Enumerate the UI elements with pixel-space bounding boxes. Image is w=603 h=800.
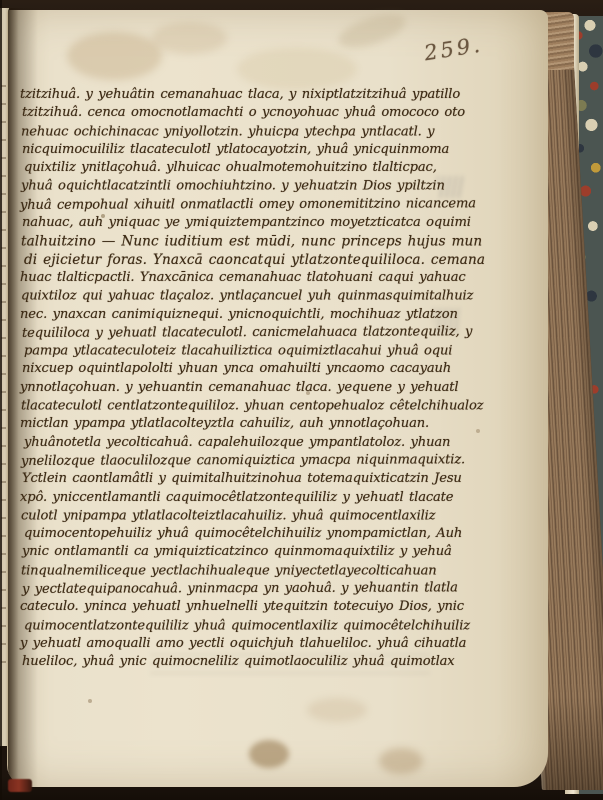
manuscript-line: mictlan ypampa ytlatlacolteyztla cahuili…	[20, 415, 506, 433]
manuscript-line: tzitzihuâ. cenca omocnotlamachti o ycnoy…	[22, 104, 506, 122]
manuscript-line: xpô. yniccentlamantli caquimocêtlatzonte…	[20, 489, 506, 507]
manuscript-line: tequililoca y yehuatl tlacateculotl. can…	[22, 323, 506, 343]
stain	[249, 740, 289, 768]
manuscript-line: ynnotlaçohuan. y yehuantin cemanahuac tl…	[20, 379, 506, 397]
manuscript-line: nehuac ochichinacac yniyollotzin. yhuicp…	[21, 123, 506, 141]
manuscript-line: tlacateculotl centlatzontequililoz. yhua…	[21, 397, 506, 415]
manuscript-line: di ejicietur foras. Ynaxcā caoncatqui yt…	[24, 251, 506, 269]
manuscript-line: yhuâ cempohual xihuitl onmatlactli omey …	[20, 195, 506, 215]
stain	[379, 748, 423, 774]
stain	[152, 22, 227, 54]
manuscript-line: quimocentlatzontequililiz yhuâ quimocent…	[24, 617, 506, 635]
manuscript-line: huac tlalticpactli. Ynaxcānica cemanahua…	[20, 269, 506, 287]
manuscript-line: ynic ontlamantli ca ymiquizticatzinco qu…	[22, 543, 506, 561]
manuscript-line: yhuâ oquichtlacatzintli omochiuhtzino. y…	[21, 178, 506, 196]
manuscript-line: pampa ytlacateculoteiz tlacahuiliztica o…	[24, 342, 506, 360]
manuscript-line: nahuac, auh yniquac ye ymiquiztempantzin…	[22, 214, 506, 232]
manuscript-line: Yctlein caontlamâtli y quimitalhuitzinoh…	[22, 470, 506, 488]
manuscript-line: nicquimocuililiz tlacateculotl ytlatocay…	[22, 141, 506, 159]
manuscript-line: quimocentopehuiliz yhuâ quimocêtelchihui…	[24, 525, 506, 543]
manuscript-photo: { "page": { "folio_number": "259.", "kin…	[0, 0, 603, 800]
stain	[67, 32, 162, 80]
manuscript-line: culotl ynipampa ytlatlacolteiztlacahuili…	[21, 507, 506, 525]
stain	[335, 8, 410, 54]
manuscript-line: tzitzihuâ. y yehuâtin cemanahuac tlaca, …	[20, 86, 506, 104]
manuscript-line: talhuitzino — Nunc iuditium est mūdi, nu…	[21, 233, 506, 251]
manuscript-line: cateculo. yninca yehuatl ynhuelnelli yte…	[20, 598, 506, 616]
binding-edge	[0, 0, 2, 800]
manuscript-line: quixtiliz ynitlaçohuâ. ylhuicac ohualmot…	[24, 159, 506, 177]
manuscript-line: quixtiloz qui yahuac tlaçaloz. yntlaçanc…	[21, 288, 506, 306]
manuscript-line: nixcuep oquintlapololti yhuan ynca omahu…	[22, 360, 506, 378]
manuscript-line: ynelilozque tlaoculilozque canomiquiztic…	[21, 451, 506, 471]
stain	[307, 698, 367, 722]
manuscript-line: y yehuatl amoqualli amo yectli oquichjuh…	[20, 635, 506, 653]
stain	[237, 48, 357, 90]
manuscript-text-block: tzitzihuâ. y yehuâtin cemanahuac tlaca, …	[20, 86, 506, 672]
manuscript-line: y yectlatequipanocahuâ. yninmacpa yn yao…	[22, 579, 506, 599]
manuscript-line: hueliloc, yhuâ ynic quimocneliliz quimot…	[22, 653, 506, 671]
manuscript-line: yhuânotetla yecolticahuâ. capalehuilozqu…	[24, 434, 506, 452]
manuscript-line: nec. ynaxcan canimiquiznequi. ynicnoquic…	[20, 306, 506, 324]
manuscript-line: tinqualnemiliceque yectlachihualeque yni…	[21, 562, 506, 580]
cover-corner-fragment	[8, 779, 32, 792]
